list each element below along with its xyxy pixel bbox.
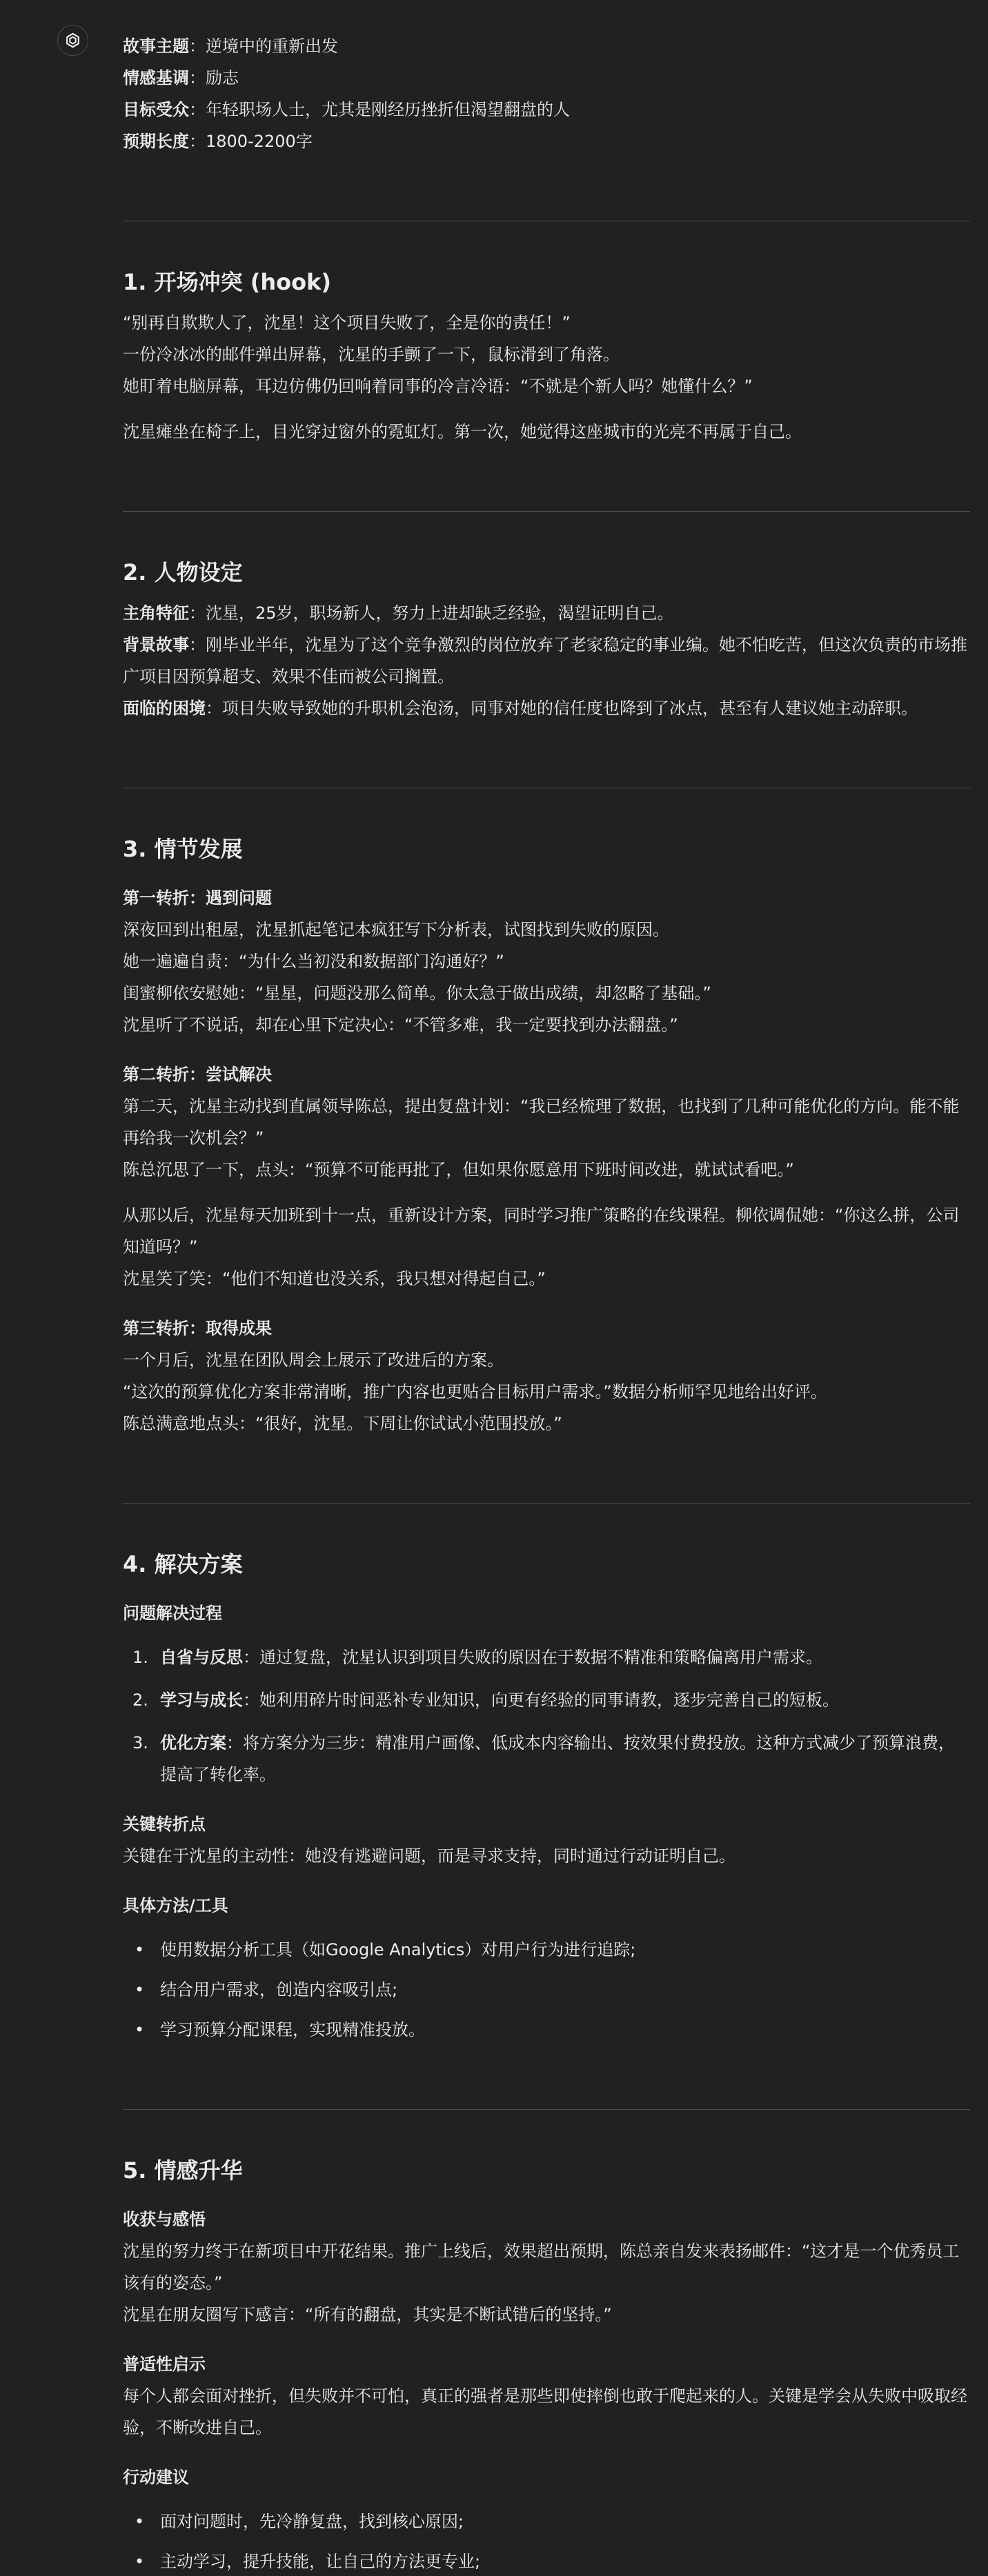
inline-bold-label: 面临的困境: [123, 699, 206, 718]
inline-bold-label: 学习与成长: [160, 1690, 243, 1710]
inline-bold-label: 故事主题: [123, 37, 189, 56]
paragraph: 主角特征：沈星，25岁，职场新人，努力上进却缺乏经验，渴望证明自己。背景故事：刚…: [123, 597, 970, 724]
paragraph: 关键在于沈星的主动性：她没有逃避问题，而是寻求支持，同时通过行动证明自己。: [123, 1840, 970, 1872]
sub-heading: 第一转折：遇到问题: [123, 882, 970, 914]
paragraph: 沈星瘫坐在椅子上，目光穿过窗外的霓虹灯。第一次，她觉得这座城市的光亮不再属于自己…: [123, 416, 970, 448]
assistant-avatar: [57, 25, 88, 56]
sub-heading: 问题解决过程: [123, 1597, 970, 1629]
list-item: •主动学习，提升技能，让自己的方法更专业;: [160, 2546, 970, 2576]
inline-bold-label: 自省与反思: [160, 1648, 243, 1667]
inline-bold-label: 目标受众: [123, 100, 189, 119]
section-heading: 4. 解决方案: [123, 1549, 970, 1579]
section-heading: 3. 情节发展: [123, 834, 970, 864]
bullet-icon: •: [135, 2506, 144, 2537]
list-item: 1.自省与反思：通过复盘，沈星认识到项目失败的原因在于数据不精准和策略偏离用户需…: [160, 1641, 970, 1673]
bullet-icon: •: [135, 2014, 144, 2046]
list-item: •学习预算分配课程，实现精准投放。: [160, 2014, 970, 2046]
openai-logo-icon: [63, 31, 82, 50]
paragraph: 一个月后，沈星在团队周会上展示了改进后的方案。“这次的预算优化方案非常清晰，推广…: [123, 1344, 970, 1439]
sub-heading: 第二转折：尝试解决: [123, 1059, 970, 1090]
paragraph: 第二天，沈星主动找到直属领导陈总，提出复盘计划：“我已经梳理了数据，也找到了几种…: [123, 1090, 970, 1186]
sub-heading: 行动建议: [123, 2462, 970, 2493]
bullet-list: •使用数据分析工具（如Google Analytics）对用户行为进行追踪;•结…: [123, 1934, 970, 2046]
list-item: 2.学习与成长：她利用碎片时间恶补专业知识，向更有经验的同事请教，逐步完善自己的…: [160, 1684, 970, 1716]
inline-bold-label: 预期长度: [123, 132, 189, 151]
inline-bold-label: 主角特征: [123, 603, 189, 623]
paragraph: 从那以后，沈星每天加班到十一点，重新设计方案，同时学习推广策略的在线课程。柳依调…: [123, 1199, 970, 1295]
intro-paragraph: 故事主题：逆境中的重新出发情感基调：励志目标受众：年轻职场人士，尤其是刚经历挫折…: [123, 30, 970, 157]
sub-heading: 具体方法/工具: [123, 1890, 970, 1921]
list-item: 3.优化方案：将方案分为三步：精准用户画像、低成本内容输出、按效果付费投放。这种…: [160, 1727, 970, 1790]
list-number-marker: 2.: [132, 1684, 148, 1716]
assistant-message: 故事主题：逆境中的重新出发情感基调：励志目标受众：年轻职场人士，尤其是刚经历挫折…: [0, 0, 988, 2576]
paragraph: 深夜回到出租屋，沈星抓起笔记本疯狂写下分析表，试图找到失败的原因。她一遍遍自责：…: [123, 914, 970, 1041]
sub-heading: 收获与感悟: [123, 2204, 970, 2235]
sub-heading: 第三转折：取得成果: [123, 1312, 970, 1344]
section-divider: [123, 788, 970, 788]
list-item: •使用数据分析工具（如Google Analytics）对用户行为进行追踪;: [160, 1934, 970, 1966]
list-item: •面对问题时，先冷静复盘，找到核心原因;: [160, 2506, 970, 2537]
section-heading: 5. 情感升华: [123, 2155, 970, 2186]
sub-heading: 关键转折点: [123, 1808, 970, 1840]
inline-bold-label: 情感基调: [123, 68, 189, 88]
inline-bold-label: 优化方案: [160, 1733, 226, 1753]
bullet-icon: •: [135, 1974, 144, 2006]
list-item: •结合用户需求，创造内容吸引点;: [160, 1974, 970, 2006]
section-divider: [123, 511, 970, 512]
section-divider: [123, 1503, 970, 1504]
list-number-marker: 1.: [132, 1641, 148, 1673]
paragraph: “别再自欺欺人了，沈星！这个项目失败了，全是你的责任！”一份冷冰冰的邮件弹出屏幕…: [123, 307, 970, 402]
section-heading: 2. 人物设定: [123, 557, 970, 588]
bullet-icon: •: [135, 1934, 144, 1966]
sub-heading: 普适性启示: [123, 2348, 970, 2380]
list-number-marker: 3.: [132, 1727, 148, 1759]
assistant-message-content: 故事主题：逆境中的重新出发情感基调：励志目标受众：年轻职场人士，尤其是刚经历挫折…: [123, 30, 970, 2576]
inline-bold-label: 背景故事: [123, 635, 189, 655]
bullet-list: •面对问题时，先冷静复盘，找到核心原因;•主动学习，提升技能，让自己的方法更专业…: [123, 2506, 970, 2576]
bullet-icon: •: [135, 2546, 144, 2576]
numbered-list: 1.自省与反思：通过复盘，沈星认识到项目失败的原因在于数据不精准和策略偏离用户需…: [123, 1641, 970, 1790]
section-divider: [123, 221, 970, 221]
section-divider: [123, 2109, 970, 2110]
paragraph: 沈星的努力终于在新项目中开花结果。推广上线后，效果超出预期，陈总亲自发来表扬邮件…: [123, 2235, 970, 2330]
section-heading: 1. 开场冲突 (hook): [123, 267, 970, 297]
paragraph: 每个人都会面对挫折，但失败并不可怕，真正的强者是那些即使摔倒也敢于爬起来的人。关…: [123, 2380, 970, 2444]
